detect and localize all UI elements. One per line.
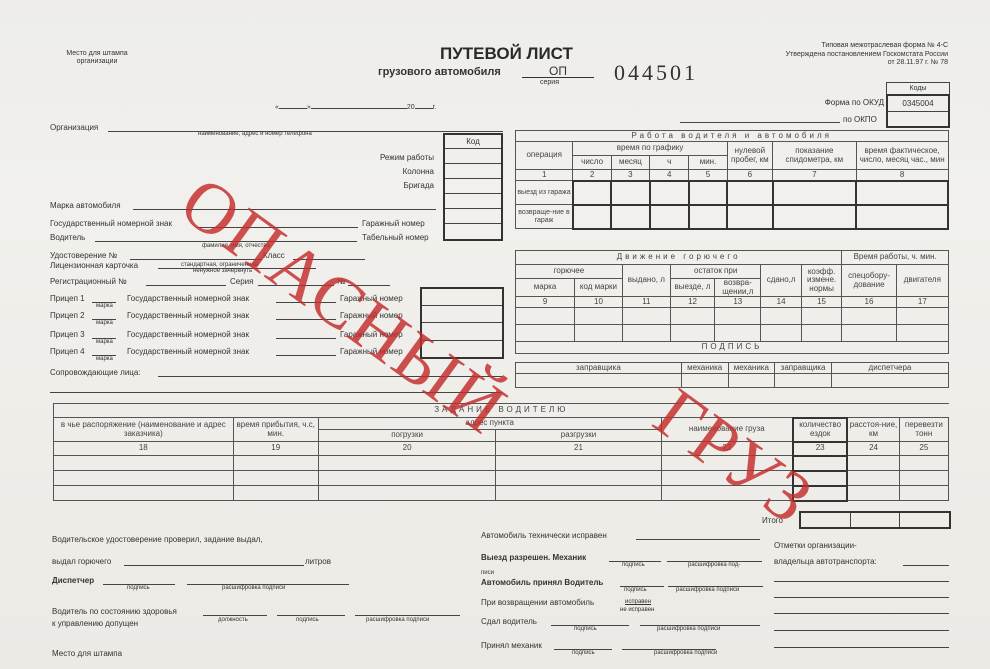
- work-operation-header: операция: [516, 142, 573, 170]
- handed-driver-sign-hint: подпись: [574, 626, 597, 632]
- column-label: Колонна: [330, 165, 434, 179]
- fuel-cell[interactable]: [715, 325, 761, 342]
- health-sign-field[interactable]: [277, 615, 345, 616]
- form-info-line2: Утверждена постановлением Госкомстата Ро…: [700, 51, 948, 60]
- work-col-min: мин.: [689, 156, 727, 170]
- stamp-place: Место для штампа организации: [52, 50, 142, 66]
- health-decode-hint: расшифровка подписи: [366, 617, 429, 623]
- tab-no-label: Табельный номер: [362, 233, 429, 242]
- car-ok-label: Автомобиль технически исправен: [481, 531, 607, 540]
- fuel-issued-field[interactable]: [124, 565, 304, 566]
- trailer-plate-label: Государственный номерной знак: [127, 294, 249, 303]
- task-cell[interactable]: [318, 486, 496, 501]
- health-decode-field[interactable]: [355, 615, 460, 616]
- work-table: Работа водителя и автомобиля операция вр…: [515, 130, 949, 230]
- task-col-number: 24: [847, 442, 899, 456]
- health-position-hint: должность: [218, 617, 248, 623]
- fuel-col-number: 9: [516, 297, 575, 308]
- fuel-issued-label: выдал горючего: [52, 557, 111, 566]
- code-box: Код: [443, 133, 503, 241]
- codes-box: 0345004: [886, 94, 950, 128]
- reg-no-label: Регистрационный №: [50, 277, 127, 286]
- year-prefix: 20: [407, 104, 415, 111]
- task-col-number: 21: [496, 442, 661, 456]
- task-cell[interactable]: [318, 471, 496, 486]
- task-cell[interactable]: [54, 456, 234, 471]
- task-distance-header: расстоя-ние, км: [847, 418, 899, 442]
- work-cell[interactable]: [773, 205, 857, 229]
- fuel-remain-header: остаток при: [670, 265, 761, 279]
- trailer-label: Прицеп 1: [50, 294, 85, 303]
- trailer-label: Прицеп 2: [50, 311, 85, 320]
- series-label: серия: [540, 79, 559, 86]
- fuel-col-number: 13: [715, 297, 761, 308]
- fuel-cell[interactable]: [896, 308, 948, 325]
- task-arrival-header: время прибытия, ч.с, мин.: [233, 418, 318, 442]
- code-mode[interactable]: [445, 149, 501, 164]
- okpo-label: по ОКПО: [843, 115, 877, 124]
- fuel-col-number: 12: [670, 297, 714, 308]
- fuel-table: Движение горючего Время работы, ч. мин. …: [515, 250, 949, 354]
- work-col-number: 1: [516, 170, 573, 181]
- okpo-value[interactable]: [888, 112, 948, 126]
- work-odometer-header: показание спидометра, км: [773, 142, 857, 170]
- work-col-number: 3: [611, 170, 649, 181]
- signature-cell[interactable]: [775, 374, 832, 388]
- work-col-number: 2: [573, 170, 611, 181]
- stamp-place-line1: Место для штампа: [52, 50, 142, 58]
- fuel-cell[interactable]: [801, 325, 841, 342]
- task-cell[interactable]: [54, 486, 234, 501]
- year-suffix: г.: [433, 104, 437, 111]
- task-unloading-header: разгрузки: [496, 430, 661, 442]
- stamp-place-line2: организации: [52, 58, 142, 66]
- accepted-mech-sign-hint: подпись: [572, 650, 595, 656]
- work-col-number: 6: [727, 170, 772, 181]
- task-col-number: 25: [899, 442, 948, 456]
- on-return-not-ok[interactable]: не исправен: [620, 607, 654, 613]
- signature-col-header: заправщика: [775, 363, 832, 374]
- car-brand-label: Марка автомобиля: [50, 201, 121, 210]
- fuel-cell[interactable]: [801, 308, 841, 325]
- accepted-mech-label: Принял механик: [481, 641, 542, 650]
- reg-no-field[interactable]: [146, 285, 226, 286]
- work-cell[interactable]: [611, 181, 649, 205]
- work-col-number: 7: [773, 170, 857, 181]
- fuel-cell[interactable]: [715, 308, 761, 325]
- task-trips-header: количество ездок: [793, 418, 847, 442]
- task-cell[interactable]: [847, 456, 899, 471]
- accepted-driver-sign-hint: подпись: [624, 587, 647, 593]
- fuel-col-number: 17: [896, 297, 948, 308]
- task-total-box: [799, 511, 951, 529]
- work-cell[interactable]: [856, 181, 948, 205]
- fuel-signature-title: ПОДПИСЬ: [516, 342, 949, 354]
- work-cell[interactable]: [573, 181, 611, 205]
- work-zero-run-header: нулевой пробег, км: [727, 142, 772, 170]
- on-return-ok[interactable]: исправен: [625, 599, 651, 605]
- work-cell[interactable]: [727, 205, 772, 229]
- task-customer-header: в чье распоряжение (наименование и адрес…: [54, 418, 234, 442]
- okud-label: Форма по ОКУД: [780, 98, 884, 107]
- handed-driver-label: Сдал водитель: [481, 617, 537, 626]
- fuel-cell[interactable]: [622, 325, 670, 342]
- trailer-label: Прицеп 4: [50, 347, 85, 356]
- code-garage[interactable]: [445, 209, 501, 224]
- owner-marks-field-1[interactable]: [774, 581, 949, 582]
- fuel-returned-header: сдано,л: [761, 265, 801, 297]
- task-col-number: 18: [54, 442, 234, 456]
- work-cell[interactable]: [689, 181, 727, 205]
- owner-marks-label-2: владельца автотранспорта:: [774, 557, 877, 566]
- owner-marks-field-4[interactable]: [774, 630, 949, 631]
- fuel-cell[interactable]: [670, 308, 714, 325]
- trailer-brand-hint: марка: [96, 303, 113, 309]
- exit-decode-hint-2: писи: [481, 570, 494, 576]
- work-col-number: 4: [650, 170, 689, 181]
- fuel-coef-header: коэфф. измене. нормы: [801, 265, 841, 297]
- task-cell[interactable]: [847, 486, 899, 501]
- waybill-form: Место для штампа организации ПУТЕВОЙ ЛИС…: [0, 0, 990, 669]
- fuel-cell[interactable]: [842, 325, 896, 342]
- work-col-number: 8: [856, 170, 948, 181]
- signature-col-header: диспетчера: [831, 363, 948, 374]
- task-cell[interactable]: [899, 471, 948, 486]
- mode-label: Режим работы: [330, 151, 434, 165]
- owner-marks-label-1: Отметки организации-: [774, 541, 857, 550]
- dispatcher-label: Диспетчер: [52, 576, 94, 585]
- task-cell[interactable]: [318, 456, 496, 471]
- footer-stamp-place: Место для штампа: [52, 649, 122, 658]
- fuel-work-time-header: Время работы, ч. мин.: [842, 251, 949, 265]
- handed-driver-decode-hint: расшифровка подписи: [657, 626, 720, 632]
- dispatcher-decode-hint: расшифровка подписи: [222, 585, 285, 591]
- task-cell[interactable]: [233, 486, 318, 501]
- car-ok-field[interactable]: [636, 539, 760, 540]
- signature-col-header: механика: [728, 363, 775, 374]
- exit-decode-hint: расшифровка под-: [688, 562, 740, 568]
- work-actual-time-header: время фактическое, число, месяц час., ми…: [856, 142, 948, 170]
- brigade-label: Бригада: [330, 179, 434, 193]
- plate-label: Государственный номерной знак: [50, 219, 172, 228]
- trailer-brand-hint: марка: [96, 339, 113, 345]
- task-cell[interactable]: [233, 471, 318, 486]
- series-field[interactable]: ОП: [522, 65, 594, 78]
- okud-value[interactable]: 0345004: [888, 96, 948, 112]
- fuel-on-return-header: возвра-щении,л: [715, 279, 761, 297]
- signature-table: заправщикамеханикамеханиказаправщикадисп…: [515, 362, 949, 388]
- garage-no-label: Гаражный номер: [362, 219, 425, 228]
- date-field[interactable]: «»20г.: [275, 104, 436, 111]
- work-cell[interactable]: [573, 205, 611, 229]
- page-title: ПУТЕВОЙ ЛИСТ: [440, 44, 573, 64]
- fuel-col-number: 15: [801, 297, 841, 308]
- trailer-garage-1[interactable]: [422, 289, 502, 306]
- code-tab[interactable]: [445, 224, 501, 237]
- work-row-label: выезд из гаража: [516, 181, 573, 205]
- signature-cell[interactable]: [516, 374, 682, 388]
- form-info-line1: Типовая межотраслевая форма № 4-С: [700, 42, 948, 51]
- fuel-col-number: 14: [761, 297, 801, 308]
- trailer-plate-label: Государственный номерной знак: [127, 347, 249, 356]
- fuel-col-number: 10: [575, 297, 623, 308]
- task-cell[interactable]: [847, 471, 899, 486]
- signature-cell[interactable]: [728, 374, 775, 388]
- accepted-mech-decode-hint: расшифровка подписи: [654, 650, 717, 656]
- fuel-cell[interactable]: [575, 325, 623, 342]
- trailer-label: Прицеп 3: [50, 330, 85, 339]
- work-row-label: возвраще-ние в гараж: [516, 205, 573, 229]
- work-col-hour: ч: [650, 156, 689, 170]
- fuel-cell[interactable]: [622, 308, 670, 325]
- work-cell[interactable]: [650, 181, 689, 205]
- fuel-issued-header: выдано, л: [622, 265, 670, 297]
- fuel-on-exit-header: выезде, л: [670, 279, 714, 297]
- task-cell[interactable]: [496, 486, 661, 501]
- total-tons[interactable]: [900, 513, 949, 527]
- fuel-engine-header: двигателя: [896, 265, 948, 297]
- task-tons-header: перевезти тонн: [899, 418, 948, 442]
- trailer-brand-hint: марка: [96, 356, 113, 362]
- accepted-driver-decode-hint: расшифровка подписи: [676, 587, 739, 593]
- work-cell[interactable]: [689, 205, 727, 229]
- liters-label: литров: [305, 557, 331, 566]
- trailer-plate-label: Государственный номерной знак: [127, 330, 249, 339]
- work-cell[interactable]: [650, 205, 689, 229]
- fuel-cell[interactable]: [516, 308, 575, 325]
- code-box-header: Код: [445, 135, 501, 149]
- work-table-title: Работа водителя и автомобиля: [516, 131, 949, 142]
- form-info: Типовая межотраслевая форма № 4-С Утверж…: [700, 42, 948, 68]
- fuel-special-header: спецобору-дование: [842, 265, 896, 297]
- task-cell[interactable]: [496, 456, 661, 471]
- driver-label: Водитель: [50, 233, 85, 242]
- fuel-fuel-header: горючее: [516, 265, 623, 279]
- exit-sign-hint: подпись: [622, 562, 645, 568]
- signature-cell[interactable]: [831, 374, 948, 388]
- dispatcher-sign-hint: подпись: [127, 585, 150, 591]
- trailer-plate-field[interactable]: [276, 355, 336, 356]
- owner-marks-field-2[interactable]: [774, 597, 949, 598]
- organization-label: Организация: [50, 123, 98, 132]
- task-cell[interactable]: [899, 486, 948, 501]
- work-col-day: число: [573, 156, 611, 170]
- license-card-label: Лицензионная карточка: [50, 261, 138, 270]
- exit-allowed-label: Выезд разрешен. Механик: [481, 553, 586, 562]
- page-subtitle: грузового автомобиля: [378, 66, 501, 78]
- work-schedule-header: время по графику: [573, 142, 727, 156]
- fuel-brand-code-header: код марки: [575, 279, 623, 297]
- task-cell[interactable]: [496, 471, 661, 486]
- work-cell[interactable]: [773, 181, 857, 205]
- mode-labels: Режим работы Колонна Бригада: [330, 151, 434, 193]
- accepted-driver-label: Автомобиль принял Водитель: [481, 578, 603, 587]
- task-cell[interactable]: [233, 456, 318, 471]
- code-brigade[interactable]: [445, 179, 501, 194]
- checked-label: Водительское удостоверение проверил, зад…: [52, 535, 263, 544]
- on-return-label: При возвращении автомобиль: [481, 598, 594, 607]
- health-sign-hint: подпись: [296, 617, 319, 623]
- fuel-cell[interactable]: [670, 325, 714, 342]
- code-extra[interactable]: [445, 194, 501, 209]
- task-cell[interactable]: [899, 456, 948, 471]
- trailer-plate-label: Государственный номерной знак: [127, 311, 249, 320]
- work-cell[interactable]: [856, 205, 948, 229]
- health-label-2: к управлению допущен: [52, 619, 138, 628]
- fuel-cell[interactable]: [761, 325, 801, 342]
- fuel-cell[interactable]: [575, 308, 623, 325]
- form-number: 044501: [614, 60, 698, 86]
- work-col-number: 5: [689, 170, 727, 181]
- owner-marks-field-5[interactable]: [774, 647, 949, 648]
- health-label-1: Водитель по состоянию здоровья: [52, 607, 177, 616]
- fuel-brand-header: марка: [516, 279, 575, 297]
- owner-marks-field-3[interactable]: [774, 613, 949, 614]
- work-cell[interactable]: [611, 205, 649, 229]
- organization-hint: наименование, адрес и номер телефона: [198, 131, 312, 137]
- fuel-cell[interactable]: [842, 308, 896, 325]
- owner-marks-field-0[interactable]: [903, 565, 949, 566]
- fuel-col-number: 16: [842, 297, 896, 308]
- fuel-table-title: Движение горючего: [516, 251, 842, 265]
- license-no-label: Удостоверение №: [50, 251, 117, 260]
- escort-label: Сопровождающие лица:: [50, 368, 141, 377]
- fuel-cell[interactable]: [896, 325, 948, 342]
- work-cell[interactable]: [727, 181, 772, 205]
- signature-col-header: заправщика: [516, 363, 682, 374]
- code-column[interactable]: [445, 164, 501, 179]
- form-info-line3: от 28.11.97 г. № 78: [700, 59, 948, 68]
- fuel-cell[interactable]: [761, 308, 801, 325]
- trailer-brand-hint: марка: [96, 320, 113, 326]
- total-trips[interactable]: [801, 513, 851, 527]
- task-cell[interactable]: [54, 471, 234, 486]
- work-col-month: месяц: [611, 156, 649, 170]
- fuel-col-number: 11: [622, 297, 670, 308]
- health-position-field[interactable]: [203, 615, 267, 616]
- task-col-number: 19: [233, 442, 318, 456]
- fuel-cell[interactable]: [516, 325, 575, 342]
- okpo-line: [680, 122, 840, 123]
- total-distance[interactable]: [851, 513, 901, 527]
